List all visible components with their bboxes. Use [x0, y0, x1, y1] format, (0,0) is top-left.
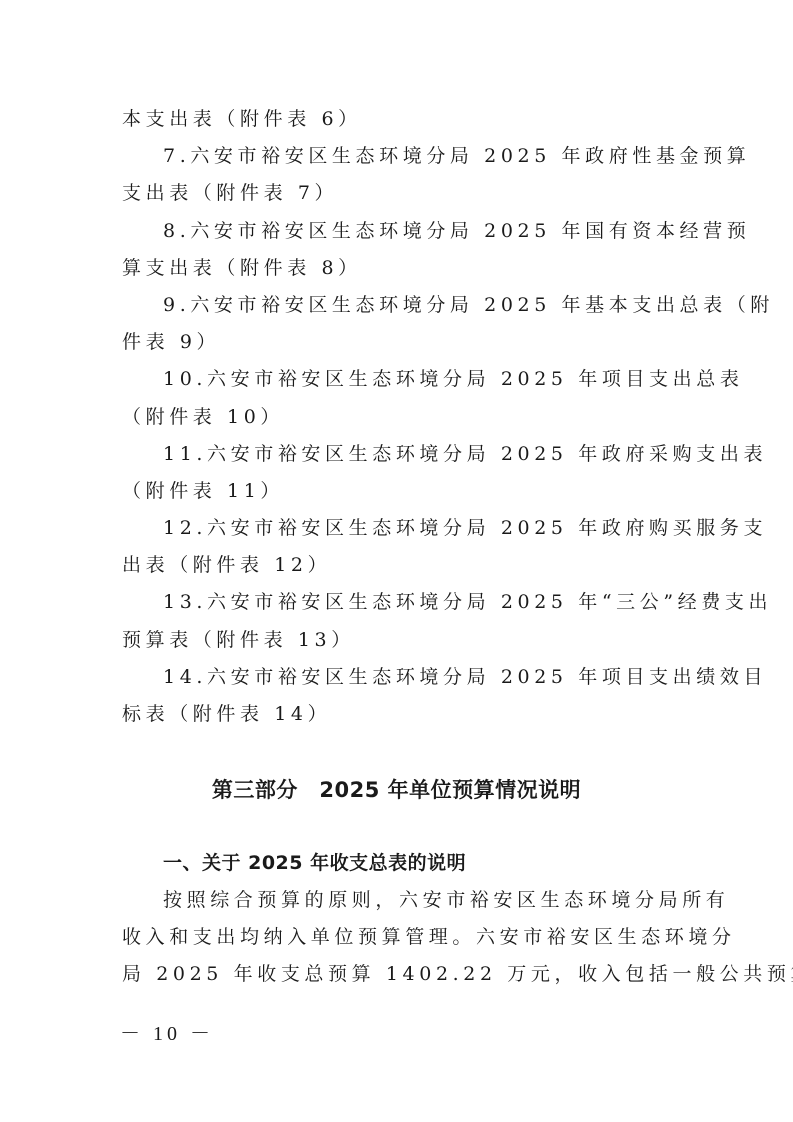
list-item-11: 11.六安市裕安区生态环境分局 2025 年政府采购支出表 [122, 436, 674, 473]
paragraph-line: 收入和支出均纳入单位预算管理。六安市裕安区生态环境分 [122, 919, 674, 956]
list-item-8: 8.六安市裕安区生态环境分局 2025 年国有资本经营预 [122, 213, 674, 250]
list-item-9: 9.六安市裕安区生态环境分局 2025 年基本支出总表（附 [122, 287, 674, 324]
list-line: 算支出表（附件表 8） [122, 250, 674, 287]
list-item-13: 13.六安市裕安区生态环境分局 2025 年“三公”经费支出 [122, 584, 674, 621]
list-item-7: 7.六安市裕安区生态环境分局 2025 年政府性基金预算 [122, 138, 674, 175]
list-line: 本支出表（附件表 6） [122, 101, 674, 138]
list-line: 标表（附件表 14） [122, 696, 674, 733]
sub-heading: 一、关于 2025 年收支总表的说明 [163, 845, 466, 881]
list-item-10: 10.六安市裕安区生态环境分局 2025 年项目支出总表 [122, 361, 674, 398]
page-number: － 10 － [120, 1017, 214, 1046]
paragraph-line: 局 2025 年收支总预算 1402.22 万元，收入包括一般公共预算 [122, 956, 674, 993]
list-line: 预算表（附件表 13） [122, 622, 674, 659]
paragraph-line: 按照综合预算的原则，六安市裕安区生态环境分局所有 [122, 882, 674, 919]
list-line: 件表 9） [122, 324, 674, 361]
list-line: 支出表（附件表 7） [122, 175, 674, 212]
list-line: （附件表 11） [122, 473, 674, 510]
body-paragraph: 按照综合预算的原则，六安市裕安区生态环境分局所有 收入和支出均纳入单位预算管理。… [122, 882, 674, 994]
section-heading: 第三部分 2025 年单位预算情况说明 [0, 772, 793, 808]
list-item-12: 12.六安市裕安区生态环境分局 2025 年政府购买服务支 [122, 510, 674, 547]
list-item-14: 14.六安市裕安区生态环境分局 2025 年项目支出绩效目 [122, 659, 674, 696]
attachment-list: 本支出表（附件表 6） 7.六安市裕安区生态环境分局 2025 年政府性基金预算… [122, 101, 674, 733]
list-line: （附件表 10） [122, 399, 674, 436]
document-page: 本支出表（附件表 6） 7.六安市裕安区生态环境分局 2025 年政府性基金预算… [0, 0, 793, 1122]
list-line: 出表（附件表 12） [122, 547, 674, 584]
